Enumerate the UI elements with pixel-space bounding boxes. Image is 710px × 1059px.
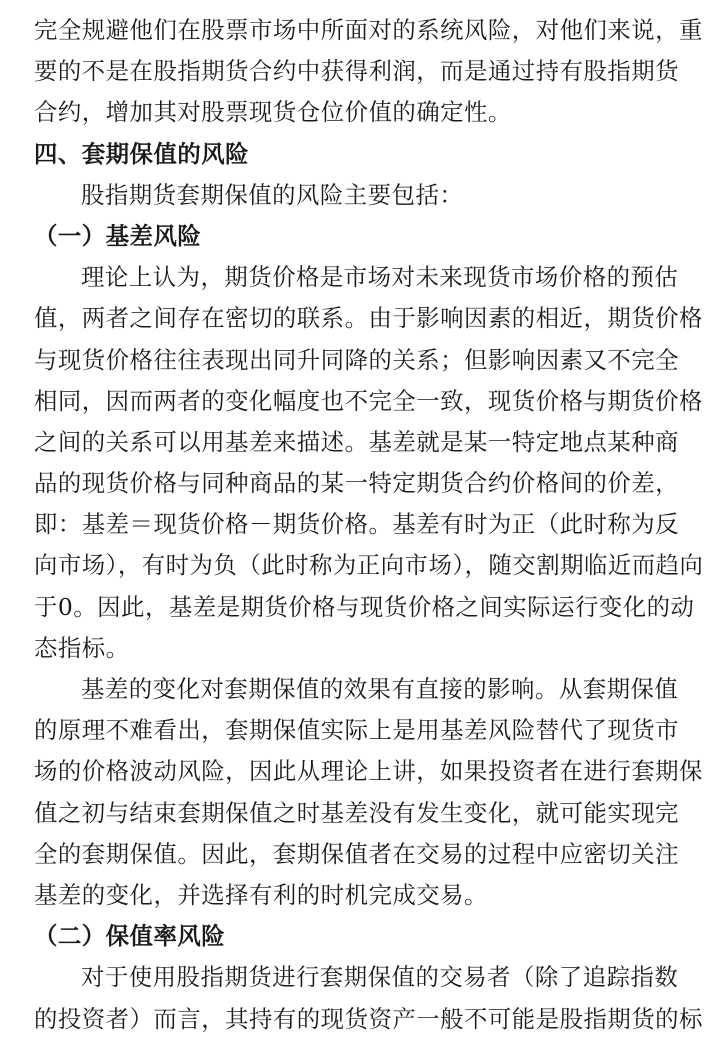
text-line: 理论上认为，期货价格是市场对未来现货市场价格的预估 (34, 257, 668, 298)
text-line: 向市场），有时为负（此时称为正向市场），随交割期临近而趋向 (34, 545, 668, 586)
text-line: 基差的变化，并选择有利的时机完成交易。 (34, 875, 668, 916)
text-line: 值，两者之间存在密切的联系。由于影响因素的相近，期货价格 (34, 298, 668, 339)
text-line: 全的套期保值。因此，套期保值者在交易的过程中应密切关注 (34, 834, 668, 875)
text-line: 之间的关系可以用基差来描述。基差就是某一特定地点某种商 (34, 422, 668, 463)
text-line: 对于使用股指期货进行套期保值的交易者（除了追踪指数 (34, 957, 668, 998)
section-intro: 股指期货套期保值的风险主要包括： (34, 175, 668, 216)
paragraph-basis-effect: 基差的变化对套期保值的效果有直接的影响。从套期保值 的原理不难看出，套期保值实际… (34, 669, 668, 916)
text-line: 的投资者）而言，其持有的现货资产一般不可能是股指期货的标 (34, 999, 668, 1040)
text-line: 合约，增加其对股票现货仓位价值的确定性。 (34, 92, 668, 133)
text-line: 相同，因而两者的变化幅度也不完全一致，现货价格与期货价格 (34, 381, 668, 422)
subsection-heading-hedge-ratio-risk: （二）保值率风险 (34, 916, 668, 957)
paragraph-hedge-ratio: 对于使用股指期货进行套期保值的交易者（除了追踪指数 的投资者）而言，其持有的现货… (34, 957, 668, 1039)
text-line: 场的价格波动风险，因此从理论上讲，如果投资者在进行套期保 (34, 751, 668, 792)
text-line: 完全规避他们在股票市场中所面对的系统风险，对他们来说，重 (34, 10, 668, 51)
text-line: 于0。因此，基差是期货价格与现货价格之间实际运行变化的动 (34, 587, 668, 628)
text-line: 值之初与结束套期保值之时基差没有发生变化，就可能实现完 (34, 793, 668, 834)
intro-paragraph: 完全规避他们在股票市场中所面对的系统风险，对他们来说，重 要的不是在股指期货合约… (34, 10, 668, 134)
text-line: 要的不是在股指期货合约中获得利润，而是通过持有股指期货 (34, 51, 668, 92)
text-line: 品的现货价格与同种商品的某一特定期货合约价格间的价差， (34, 463, 668, 504)
paragraph-basis-definition: 理论上认为，期货价格是市场对未来现货市场价格的预估 值，两者之间存在密切的联系。… (34, 257, 668, 669)
text-line: 与现货价格往往表现出同升同降的关系；但影响因素又不完全 (34, 340, 668, 381)
text-line: 态指标。 (34, 628, 668, 669)
text-line: 即：基差＝现货价格－期货价格。基差有时为正（此时称为反 (34, 504, 668, 545)
section-heading: 四、套期保值的风险 (34, 134, 668, 175)
subsection-heading-basis-risk: （一）基差风险 (34, 216, 668, 257)
text-line: 基差的变化对套期保值的效果有直接的影响。从套期保值 (34, 669, 668, 710)
text-line: 的原理不难看出，套期保值实际上是用基差风险替代了现货市 (34, 710, 668, 751)
document-page: 完全规避他们在股票市场中所面对的系统风险，对他们来说，重 要的不是在股指期货合约… (34, 10, 668, 1040)
